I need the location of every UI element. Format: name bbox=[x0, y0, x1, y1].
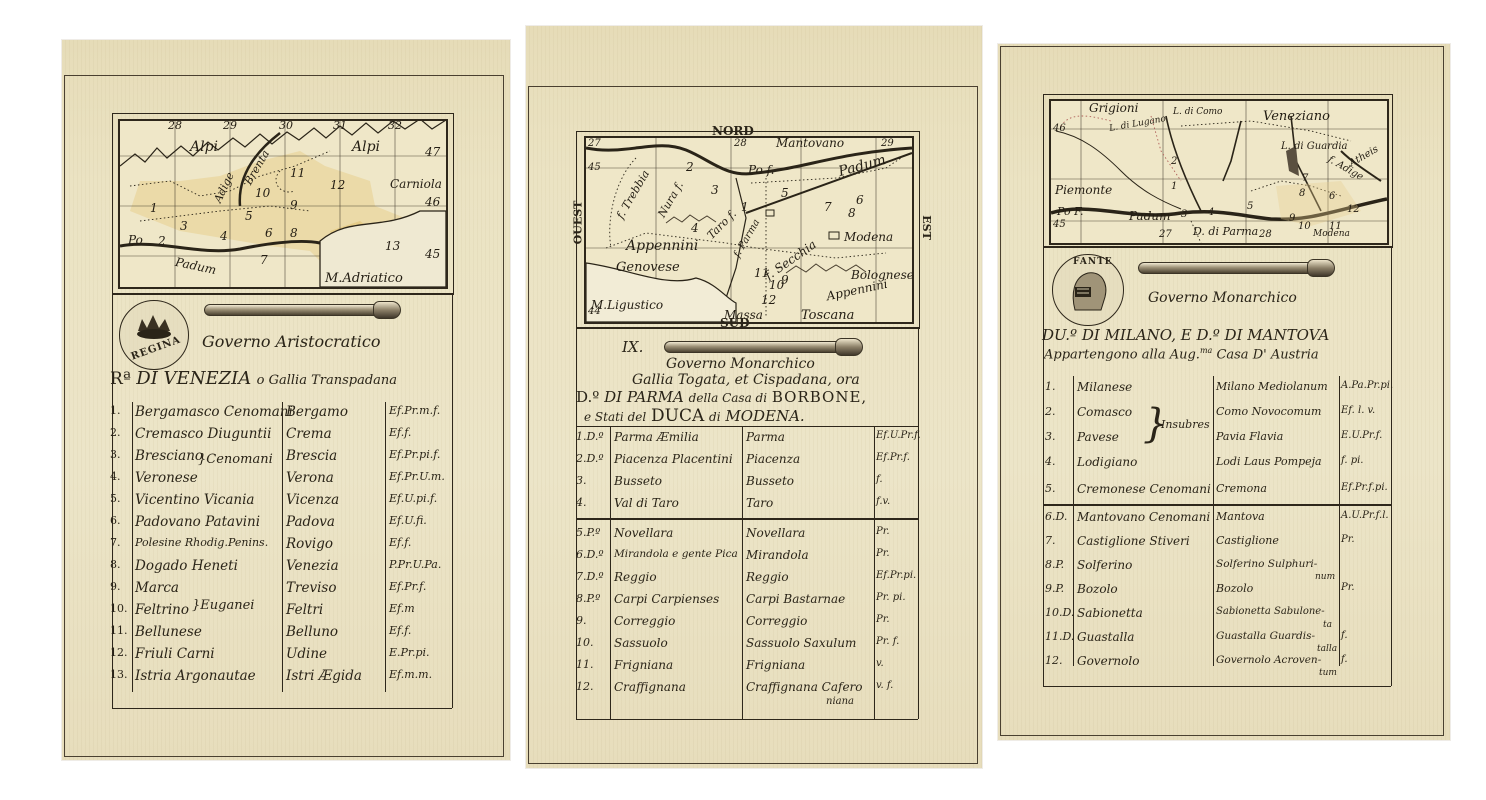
row-number: 11. bbox=[110, 624, 128, 637]
table-row: 12.CraffignanaCraffignana Caferov. f. bbox=[576, 678, 918, 700]
map-label: Toscana bbox=[801, 308, 854, 323]
code: Ef.Pr.f.pi. bbox=[1341, 482, 1388, 493]
province-name: Sabionetta bbox=[1077, 606, 1143, 620]
city-name: Craffignana Cafero bbox=[746, 680, 863, 694]
table-row: 1.D.ºParma ÆmiliaParmaEf.U.Pr.f. bbox=[576, 428, 918, 450]
table-row: 9.MarcaTrevisoEf.Pr.f. bbox=[110, 578, 455, 600]
row-number: 5.P.º bbox=[576, 526, 600, 539]
title-prefix: Rª bbox=[110, 369, 131, 389]
map-label: M.Ligustico bbox=[591, 298, 663, 312]
divider bbox=[1043, 686, 1391, 687]
province-name: Bellunese bbox=[135, 624, 202, 640]
baton-icon bbox=[1138, 262, 1330, 274]
city-name: Guastalla Guardis- bbox=[1216, 630, 1315, 642]
city-name: Piacenza bbox=[746, 452, 800, 466]
city-name: Rovigo bbox=[286, 536, 333, 552]
table-row: 6.Padovano PataviniPadovaEf.U.fi. bbox=[110, 512, 455, 534]
code: f. pi. bbox=[1341, 455, 1363, 466]
table-row: 1.MilaneseMilano MediolanumA.Pa.Pr.pi. bbox=[1043, 378, 1391, 400]
province-name: Frigniana bbox=[614, 658, 673, 672]
code: Pr. bbox=[876, 548, 890, 559]
table-row: 10.D.SabionettaSabionetta Sabulone- bbox=[1043, 604, 1391, 626]
province-name: Guastalla bbox=[1077, 630, 1134, 644]
divider bbox=[112, 293, 452, 294]
province-number: 6 bbox=[1329, 191, 1335, 202]
city-name: Sabionetta Sabulone- bbox=[1216, 606, 1325, 617]
province-number: 11 bbox=[290, 166, 305, 180]
city-name: Busseto bbox=[746, 474, 794, 488]
city-name: Milano Mediolanum bbox=[1216, 380, 1328, 393]
province-number: 4 bbox=[220, 229, 228, 243]
map-graphic bbox=[120, 121, 446, 287]
province-number: 2 bbox=[158, 234, 166, 248]
row-number: 6. bbox=[110, 514, 121, 527]
code: Pr. bbox=[1341, 534, 1355, 545]
government-type: Governo Monarchico bbox=[1148, 290, 1297, 306]
table-row: 4.LodigianoLodi Laus Pompejaf. pi. bbox=[1043, 453, 1391, 475]
medal-regina: REGINA bbox=[119, 300, 189, 370]
table-row: 2.ComascoComo NovocomumEf. l. v. bbox=[1043, 403, 1391, 425]
row-number: 11.D. bbox=[1045, 630, 1074, 643]
province-name: Veronese bbox=[135, 470, 198, 486]
city-name: Bozolo bbox=[1216, 582, 1253, 595]
table-rule bbox=[576, 426, 918, 427]
code: Pr. bbox=[1341, 582, 1355, 593]
bracket-text: Euganei bbox=[200, 598, 254, 613]
title-mid: di bbox=[709, 410, 721, 424]
government-type: Governo Monarchico bbox=[666, 356, 815, 372]
title-main: DI VENEZIA bbox=[136, 368, 251, 389]
map-label: Po bbox=[128, 233, 143, 247]
code: Ef. l. v. bbox=[1341, 405, 1375, 416]
row-number: 4. bbox=[1045, 455, 1056, 468]
title-prefix: e Stati del bbox=[584, 410, 646, 424]
code: P.Pr.U.Pa. bbox=[389, 558, 441, 571]
title-suffix: o Gallia Transpadana bbox=[257, 373, 397, 388]
map-label: Padum bbox=[1129, 209, 1170, 223]
table-row: 8.P.ºCarpi CarpiensesCarpi BastarnaePr. … bbox=[576, 590, 918, 612]
grid-label: 27 bbox=[1159, 229, 1172, 240]
province-name: Comasco bbox=[1077, 405, 1132, 419]
province-number: 3 bbox=[711, 183, 719, 197]
title-end: BORBONE, bbox=[772, 388, 867, 406]
grid-right-label: 47 bbox=[425, 145, 440, 159]
code: E.U.Pr.f. bbox=[1341, 430, 1382, 441]
table-row: 10.FeltrinoFeltriEf.m bbox=[110, 600, 455, 622]
province-number: 13 bbox=[385, 239, 400, 253]
row-number: 12. bbox=[1045, 654, 1063, 667]
row-number: 12. bbox=[110, 646, 128, 659]
province-name: Parma Æmilia bbox=[614, 430, 699, 444]
title-mid: della Casa di bbox=[689, 391, 767, 405]
card-milano: 46 45 27 28 Grigioni L. di Lugano L. di … bbox=[998, 44, 1450, 740]
map-label: L. di Guardia bbox=[1281, 141, 1348, 152]
grid-label: 28 bbox=[734, 138, 747, 149]
city-name: Taro bbox=[746, 496, 773, 510]
map-milano: 46 45 27 28 Grigioni L. di Lugano L. di … bbox=[1049, 99, 1389, 245]
code: Ef.U.fi. bbox=[389, 514, 427, 527]
grid-label: 27 bbox=[588, 138, 601, 149]
city-name: Cremona bbox=[1216, 482, 1267, 495]
province-number: 3 bbox=[180, 219, 188, 233]
table-rule bbox=[1043, 504, 1391, 506]
table-row: 6.D.ºMirandola e gente PicaMirandolaPr. bbox=[576, 546, 918, 568]
table-row: 13.Istria ArgonautaeIstri ÆgidaEf.m.m. bbox=[110, 666, 455, 688]
row-number: 1.D.º bbox=[576, 430, 604, 443]
city-name: Bergamo bbox=[286, 404, 348, 420]
city-name: Vicenza bbox=[286, 492, 339, 508]
province-name: Correggio bbox=[614, 614, 675, 628]
map-label: M.Adriatico bbox=[325, 271, 403, 286]
bracket-label: }Euganei bbox=[192, 598, 254, 613]
province-table: 1.MilaneseMilano MediolanumA.Pa.Pr.pi. 2… bbox=[1043, 376, 1391, 686]
row-number: 5. bbox=[1045, 482, 1056, 495]
province-table: 1.Bergamasco CenomaniBergamoEf.Pr.m.f. 2… bbox=[110, 402, 455, 702]
city-name: Belluno bbox=[286, 624, 338, 640]
code: f.v. bbox=[876, 496, 890, 507]
province-number: 10 bbox=[769, 278, 784, 292]
table-row: 11.D.GuastallaGuastalla Guardis-f. bbox=[1043, 628, 1391, 650]
card-title: Rª DI VENEZIA o Gallia Transpadana bbox=[110, 368, 397, 389]
city-name: Padova bbox=[286, 514, 335, 530]
city-name: Feltri bbox=[286, 602, 323, 618]
city-name: Treviso bbox=[286, 580, 336, 596]
grid-top-label: 30 bbox=[279, 119, 293, 132]
map-label: Alpi bbox=[190, 139, 218, 155]
map-label: Po F. bbox=[1057, 205, 1084, 218]
province-name: Mirandola e gente Pica bbox=[614, 548, 738, 560]
table-row: 9.CorreggioCorreggioPr. bbox=[576, 612, 918, 634]
province-name: Milanese bbox=[1077, 380, 1132, 394]
table-row: 5.P.ºNovellaraNovellaraPr. bbox=[576, 524, 918, 546]
grid-top-label: 32 bbox=[388, 119, 402, 132]
code: v. bbox=[876, 658, 884, 669]
row-number: 2. bbox=[110, 426, 121, 439]
medal-fante: FANTE bbox=[1052, 254, 1124, 326]
province-name: Solferino bbox=[1077, 558, 1132, 572]
map-label: Piemonte bbox=[1055, 183, 1112, 197]
code: Ef.Pr.f. bbox=[876, 452, 910, 463]
city-name: Udine bbox=[286, 646, 327, 662]
province-number: 4 bbox=[691, 221, 699, 235]
row-number: 13. bbox=[110, 668, 128, 681]
province-name: Piacenza Placentini bbox=[614, 452, 733, 466]
map-label: Grigioni bbox=[1089, 101, 1138, 115]
province-number: 7 bbox=[260, 253, 268, 267]
row-number: 8.P. bbox=[1045, 558, 1064, 571]
province-number: 5 bbox=[781, 186, 789, 200]
province-name: Sassuolo bbox=[614, 636, 668, 650]
province-number: 8 bbox=[848, 206, 856, 220]
code: f. bbox=[1341, 654, 1348, 665]
province-name: Feltrino bbox=[135, 602, 189, 618]
city-name: Pavia Flavia bbox=[1216, 430, 1283, 443]
row-number: 2. bbox=[1045, 405, 1056, 418]
city-name-continuation: tum bbox=[1319, 668, 1337, 678]
table-row: 3.BussetoBussetof. bbox=[576, 472, 918, 494]
province-name: Cremonese Cenomani bbox=[1077, 482, 1211, 496]
table-row: 1.Bergamasco CenomaniBergamoEf.Pr.m.f. bbox=[110, 402, 455, 424]
row-number: 1. bbox=[110, 404, 121, 417]
row-number: 7.D.º bbox=[576, 570, 604, 583]
province-name: Reggio bbox=[614, 570, 657, 584]
subtitle-sup: ma bbox=[1200, 346, 1212, 355]
province-name: Pavese bbox=[1077, 430, 1119, 444]
city-name: Correggio bbox=[746, 614, 807, 628]
row-number: 7. bbox=[1045, 534, 1056, 547]
compass-north: NORD bbox=[712, 124, 754, 138]
code: v. f. bbox=[876, 680, 893, 691]
compass-west: OUEST bbox=[571, 201, 584, 245]
code: Ef.Pr.f. bbox=[389, 580, 426, 593]
grid-label: 46 bbox=[1053, 123, 1066, 134]
province-number: 11 bbox=[754, 266, 769, 280]
province-name: Busseto bbox=[614, 474, 662, 488]
subtitle-part: Casa D' Austria bbox=[1216, 347, 1318, 362]
province-name: Vicentino Vicania bbox=[135, 492, 254, 508]
code: E.Pr.pi. bbox=[389, 646, 430, 659]
city-name: Como Novocomum bbox=[1216, 405, 1321, 418]
code: Pr. bbox=[876, 614, 890, 625]
province-name: Bergamasco Cenomani bbox=[135, 404, 293, 420]
row-number: 8.P.º bbox=[576, 592, 600, 605]
code: f. bbox=[876, 474, 883, 485]
city-name: Reggio bbox=[746, 570, 789, 584]
row-number: 9.P. bbox=[1045, 582, 1064, 595]
province-name: Bozolo bbox=[1077, 582, 1118, 596]
province-number: 5 bbox=[245, 209, 253, 223]
grid-top-label: 28 bbox=[168, 119, 182, 132]
table-row: 5.Cremonese CenomaniCremonaEf.Pr.f.pi. bbox=[1043, 480, 1391, 502]
code: Ef.U.Pr.f. bbox=[876, 430, 921, 441]
row-number: 4. bbox=[576, 496, 587, 509]
row-number: 3. bbox=[1045, 430, 1056, 443]
province-name: Carpi Carpienses bbox=[614, 592, 719, 606]
city-name: Verona bbox=[286, 470, 334, 486]
title-prefix: D.º bbox=[576, 388, 599, 406]
city-name: Brescia bbox=[286, 448, 337, 464]
divider bbox=[576, 719, 918, 720]
province-name: Mantovano Cenomani bbox=[1077, 510, 1210, 524]
city-name: Sassuolo Saxulum bbox=[746, 636, 856, 650]
table-row: 7.D.ºReggioReggioEf.Pr.pi. bbox=[576, 568, 918, 590]
province-number: 12 bbox=[1347, 204, 1360, 215]
province-number: 10 bbox=[255, 186, 270, 200]
code: Ef.f. bbox=[389, 426, 411, 439]
code: Ef.Pr.pi.f. bbox=[389, 448, 440, 461]
map-label: Appennini bbox=[626, 238, 698, 254]
province-number: 8 bbox=[290, 226, 298, 240]
row-number: 6.D.º bbox=[576, 548, 604, 561]
divider bbox=[1391, 246, 1392, 686]
table-row: 11.FrignianaFrignianav. bbox=[576, 656, 918, 678]
province-name: Governolo bbox=[1077, 654, 1139, 668]
row-number: 9. bbox=[110, 580, 121, 593]
map-label: Veneziano bbox=[1263, 109, 1330, 124]
province-number: 4 bbox=[1208, 207, 1214, 218]
province-name: Novellara bbox=[614, 526, 673, 540]
province-number: 7 bbox=[1302, 173, 1308, 184]
city-name: Venezia bbox=[286, 558, 339, 574]
province-name: Lodigiano bbox=[1077, 455, 1137, 469]
card-title-line1: D.º DI PARMA della Casa di BORBONE, bbox=[576, 388, 867, 406]
map-label: Modena bbox=[844, 230, 893, 244]
province-name: Friuli Carni bbox=[135, 646, 215, 662]
province-number: 9 bbox=[1289, 213, 1295, 224]
row-number: 1. bbox=[1045, 380, 1056, 393]
city-name: Parma bbox=[746, 430, 785, 444]
card-venezia: 28 29 30 31 32 47 46 45 Alpi Alpi Adige … bbox=[62, 40, 510, 760]
city-name: Governolo Acroven- bbox=[1216, 654, 1321, 666]
row-number: 12. bbox=[576, 680, 594, 693]
city-name: Castiglione bbox=[1216, 534, 1279, 547]
city-name: Novellara bbox=[746, 526, 805, 540]
table-row: 10.SassuoloSassuolo SaxulumPr. f. bbox=[576, 634, 918, 656]
title-main: DI PARMA bbox=[604, 388, 684, 406]
province-number: 1 bbox=[150, 201, 158, 215]
row-number: 10. bbox=[110, 602, 128, 615]
plate-number: IX. bbox=[622, 338, 643, 356]
row-number: 3. bbox=[110, 448, 121, 461]
map-label: Genovese bbox=[616, 260, 680, 275]
province-name: Craffignana bbox=[614, 680, 686, 694]
province-number: 6 bbox=[265, 226, 273, 240]
grid-label: 28 bbox=[1259, 229, 1272, 240]
map-parma: 27 28 29 45 44 Mantovano Padum Po f. f. … bbox=[584, 136, 914, 324]
province-number: 2 bbox=[686, 160, 694, 174]
bracket-label: }Cenomani bbox=[198, 452, 273, 467]
divider bbox=[112, 708, 452, 709]
province-name: Marca bbox=[135, 580, 179, 596]
compass-east: EST bbox=[920, 215, 933, 240]
table-row: 12.GovernoloGovernolo Acroven-f. bbox=[1043, 652, 1391, 674]
code: Ef.m bbox=[389, 602, 415, 615]
province-number: 1 bbox=[1171, 181, 1177, 192]
province-table: 1.D.ºParma ÆmiliaParmaEf.U.Pr.f. 2.D.ºPi… bbox=[576, 426, 918, 716]
table-row: 6.D.Mantovano CenomaniMantovaA.U.Pr.f.l. bbox=[1043, 508, 1391, 530]
divider bbox=[576, 327, 918, 328]
grid-top-label: 29 bbox=[223, 119, 237, 132]
province-number: 9 bbox=[290, 198, 298, 212]
map-label: D. di Parma bbox=[1193, 225, 1258, 238]
province-name: Dogado Heneti bbox=[135, 558, 238, 574]
city-name: Istri Ægida bbox=[286, 668, 362, 684]
code: f. bbox=[1341, 630, 1348, 641]
city-name: Frigniana bbox=[746, 658, 805, 672]
map-label: Po f. bbox=[748, 163, 774, 177]
row-number: 10. bbox=[576, 636, 594, 649]
province-name: Polesine Rhodig.Penins. bbox=[135, 536, 268, 549]
code: Ef.f. bbox=[389, 624, 411, 637]
grid-right-label: 45 bbox=[425, 247, 440, 261]
table-row: 5.Vicentino VicaniaVicenzaEf.U.pi.f. bbox=[110, 490, 455, 512]
subtitle: Gallia Togata, et Cispadana, ora bbox=[632, 372, 860, 388]
province-number: 11 bbox=[1329, 221, 1342, 232]
code: Pr. f. bbox=[876, 636, 899, 647]
province-name: Castiglione Stiveri bbox=[1077, 534, 1190, 548]
city-name: Mirandola bbox=[746, 548, 809, 562]
grid-label: 45 bbox=[588, 162, 601, 173]
city-name: Solferino Sulphuri- bbox=[1216, 558, 1317, 570]
grid-label: 29 bbox=[881, 138, 894, 149]
code: Ef.m.m. bbox=[389, 668, 432, 681]
table-row: 11.BelluneseBellunoEf.f. bbox=[110, 622, 455, 644]
city-name: Carpi Bastarnae bbox=[746, 592, 845, 606]
province-number: 12 bbox=[330, 178, 345, 192]
table-row: 4.VeroneseVeronaEf.Pr.U.m. bbox=[110, 468, 455, 490]
province-name: Cremasco Diuguntii bbox=[135, 426, 271, 442]
province-name: Istria Argonautae bbox=[135, 668, 256, 684]
row-number: 6.D. bbox=[1045, 510, 1067, 523]
medal-text: FANTE bbox=[1073, 257, 1113, 267]
province-number: 2 bbox=[1171, 156, 1177, 167]
table-row: 4.Val di TaroTarof.v. bbox=[576, 494, 918, 516]
row-number: 11. bbox=[576, 658, 594, 671]
code: A.Pa.Pr.pi. bbox=[1341, 380, 1393, 391]
city-name-continuation: niana bbox=[826, 696, 854, 707]
grid-right-label: 46 bbox=[425, 195, 440, 209]
province-name: Bresciano bbox=[135, 448, 203, 464]
province-name: Val di Taro bbox=[614, 496, 679, 510]
card-title-line2: e Stati del DUCA di MODENA. bbox=[584, 406, 805, 426]
code: Pr. bbox=[876, 526, 890, 537]
baton-icon bbox=[204, 304, 396, 316]
row-number: 10.D. bbox=[1045, 606, 1074, 619]
code: Ef.Pr.U.m. bbox=[389, 470, 445, 483]
row-number: 3. bbox=[576, 474, 587, 487]
table-row: 7.Castiglione StiveriCastiglionePr. bbox=[1043, 532, 1391, 554]
table-row: 3.BrescianoBresciaEf.Pr.pi.f. bbox=[110, 446, 455, 468]
row-number: 8. bbox=[110, 558, 121, 571]
row-number: 5. bbox=[110, 492, 121, 505]
card-parma: 27 28 29 45 44 Mantovano Padum Po f. f. … bbox=[526, 26, 982, 768]
table-row: 9.P.BozoloBozoloPr. bbox=[1043, 580, 1391, 602]
grid-label: 45 bbox=[1053, 219, 1066, 230]
code: Pr. pi. bbox=[876, 592, 906, 603]
city-name: Mantova bbox=[1216, 510, 1265, 523]
table-row: 3.PavesePavia FlaviaE.U.Pr.f. bbox=[1043, 428, 1391, 450]
row-number: 9. bbox=[576, 614, 587, 627]
table-row: 8.Dogado HenetiVeneziaP.Pr.U.Pa. bbox=[110, 556, 455, 578]
bracket-text: Cenomani bbox=[206, 452, 272, 467]
code: A.U.Pr.f.l. bbox=[1341, 510, 1389, 521]
province-number: 8 bbox=[1299, 188, 1305, 199]
province-number: 1 bbox=[741, 200, 749, 214]
city-name: Lodi Laus Pompeja bbox=[1216, 455, 1322, 468]
province-number: 7 bbox=[824, 200, 832, 214]
bracket-text: Insubres bbox=[1161, 418, 1210, 431]
province-number: 6 bbox=[856, 193, 864, 207]
map-label: Alpi bbox=[352, 139, 380, 155]
divider bbox=[918, 327, 919, 719]
subtitle-part: Appartengono alla Aug. bbox=[1044, 347, 1200, 362]
table-row: 8.P.SolferinoSolferino Sulphuri- bbox=[1043, 556, 1391, 578]
title-main: DUCA bbox=[651, 406, 704, 426]
card-title: DU.º DI MILANO, E D.º DI MANTOVA bbox=[1042, 326, 1329, 344]
map-label: Mantovano bbox=[776, 136, 844, 150]
table-row: 12.Friuli CarniUdineE.Pr.pi. bbox=[110, 644, 455, 666]
province-number: 5 bbox=[1247, 201, 1253, 212]
code: Ef.U.pi.f. bbox=[389, 492, 437, 505]
province-number: 12 bbox=[761, 293, 776, 307]
code: Ef.Pr.pi. bbox=[876, 570, 916, 581]
code: Ef.f. bbox=[389, 536, 411, 549]
table-row: 2.Cremasco DiuguntiiCremaEf.f. bbox=[110, 424, 455, 446]
row-number: 4. bbox=[110, 470, 121, 483]
table-rule bbox=[576, 518, 918, 520]
government-type: Governo Aristocratico bbox=[202, 332, 380, 351]
baton-icon bbox=[664, 341, 858, 353]
